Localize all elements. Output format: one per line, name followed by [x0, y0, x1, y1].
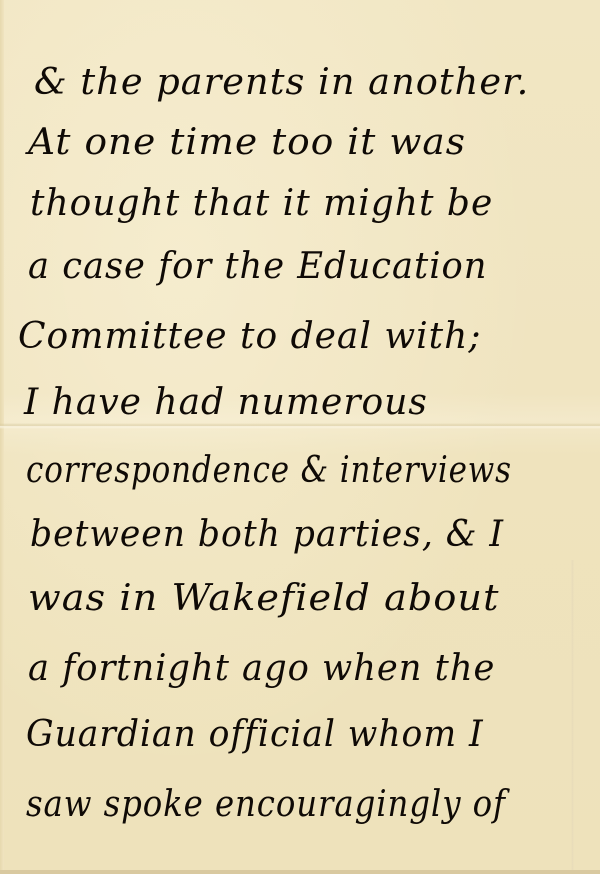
- text-line-7: correspondence & interviews: [26, 450, 512, 491]
- text-line-6: I have had numerous: [24, 382, 428, 423]
- text-line-1: & the parents in another.: [34, 62, 529, 103]
- text-line-3: thought that it might be: [30, 183, 493, 224]
- text-line-4: a case for the Education: [28, 246, 487, 287]
- text-line-11: Guardian official whom I: [26, 714, 484, 755]
- text-line-10: a fortnight ago when the: [28, 648, 495, 689]
- handwritten-text: & the parents in another. At one time to…: [0, 0, 600, 874]
- text-line-12: saw spoke encouragingly of: [26, 784, 506, 825]
- letter-page: & the parents in another. At one time to…: [0, 0, 600, 874]
- text-line-8: between both parties, & I: [30, 514, 504, 555]
- text-line-5: Committee to deal with;: [18, 316, 481, 357]
- text-line-2: At one time too it was: [28, 122, 466, 163]
- text-line-9: was in Wakefield about: [28, 578, 499, 619]
